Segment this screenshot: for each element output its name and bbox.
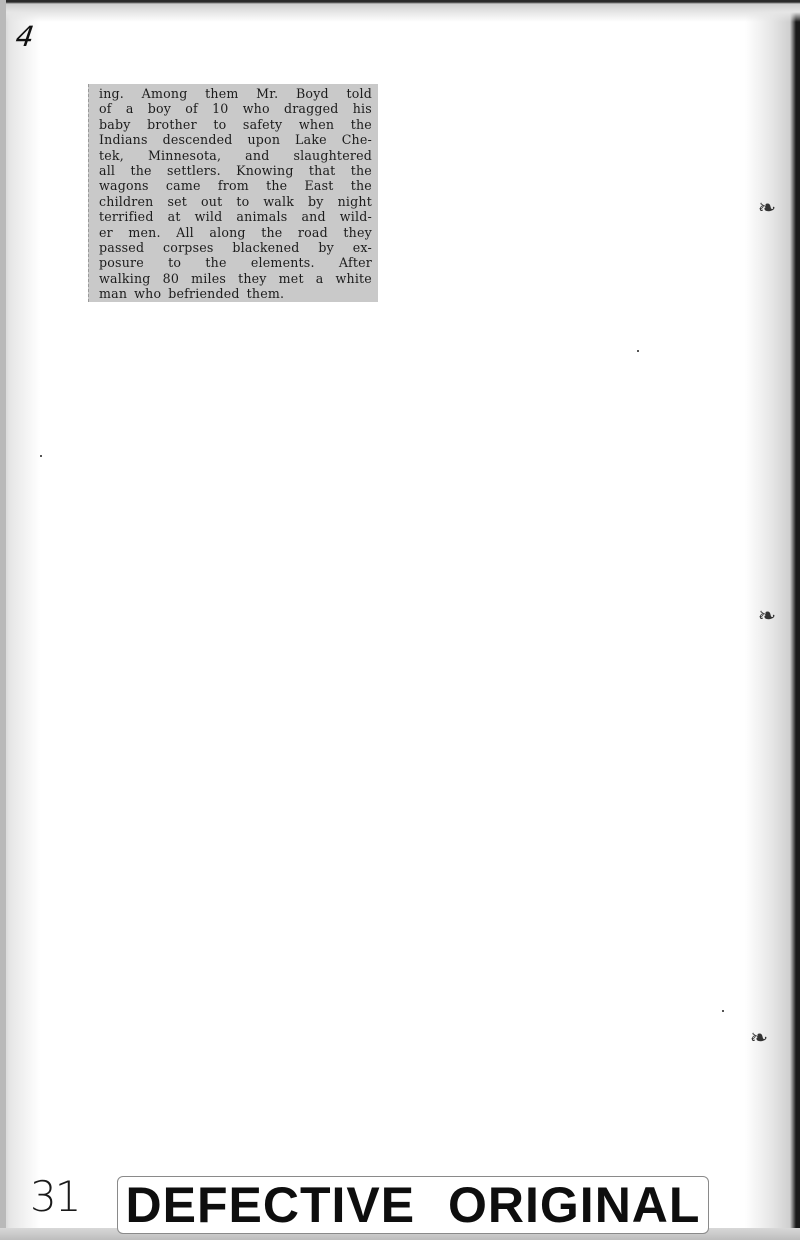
clipping-word: slaughtered — [293, 148, 372, 163]
clipping-word: tek, — [99, 148, 124, 163]
clipping-word: baby — [99, 117, 131, 132]
clipping-text-line: walking80milestheymetawhite — [99, 271, 372, 286]
clipping-word: along — [209, 225, 245, 240]
handwritten-page-number: 4 — [14, 20, 36, 53]
clipping-word: his — [353, 101, 372, 116]
scan-left-edge — [0, 0, 6, 1240]
clipping-word: elements. — [251, 255, 315, 270]
clipping-word: Minnesota, — [148, 148, 221, 163]
clipping-word: men. — [128, 225, 160, 240]
clipping-word: walk — [263, 194, 294, 209]
clipping-word: the — [351, 178, 372, 193]
clipping-word: the — [266, 178, 287, 193]
clipping-word: ing. — [99, 86, 124, 101]
clipping-word: and — [245, 148, 269, 163]
clipping-word: to — [168, 255, 181, 270]
binding-clip-mark-icon: ❧ — [748, 1022, 770, 1056]
clipping-word: man — [99, 286, 127, 301]
clipping-word: passed — [99, 240, 144, 255]
clipping-word: befriended — [168, 286, 239, 301]
clipping-word: safety — [243, 117, 282, 132]
clipping-word: East — [304, 178, 333, 193]
clipping-word: came — [166, 178, 201, 193]
clipping-word: Indians — [99, 132, 148, 147]
clipping-text-line: tek,Minnesota,andslaughtered — [99, 148, 372, 163]
clipping-text-line: ing.AmongthemMr.Boydtold — [99, 86, 372, 101]
clipping-word: of — [99, 101, 112, 116]
clipping-word: Boyd — [296, 86, 329, 101]
clipping-word: night — [338, 194, 372, 209]
clipping-word: out — [201, 194, 222, 209]
clipping-word: of — [185, 101, 198, 116]
clipping-word: dragged — [284, 101, 339, 116]
clipping-text-line: manwhobefriendedthem. — [99, 286, 372, 301]
clipping-word: set — [167, 194, 187, 209]
scan-speck — [40, 455, 42, 457]
binding-clip-mark-icon: ❧ — [756, 192, 778, 226]
scan-speck — [637, 350, 639, 352]
clipping-word: walking — [99, 271, 151, 286]
clipping-word: terrified — [99, 209, 154, 224]
clipping-word: from — [218, 178, 249, 193]
clipping-word: wild- — [340, 209, 372, 224]
clipping-word: them — [205, 86, 238, 101]
clipping-word: and — [301, 209, 325, 224]
clipping-word: when — [299, 117, 334, 132]
handwritten-sheet-number: 31 — [30, 1172, 79, 1221]
clipping-word: Knowing — [236, 163, 293, 178]
clipping-word: wild — [195, 209, 223, 224]
clipping-word: the — [205, 255, 226, 270]
clipping-word: 10 — [212, 101, 228, 116]
clipping-word: settlers. — [167, 163, 221, 178]
clipping-word: brother — [147, 117, 197, 132]
clipping-word: miles — [191, 271, 226, 286]
clipping-word: descended — [163, 132, 233, 147]
clipping-word: at — [168, 209, 181, 224]
clipping-word: Mr. — [256, 86, 278, 101]
clipping-word: to — [213, 117, 226, 132]
clipping-word: wagons — [99, 178, 149, 193]
clipping-text-line: wagonscamefromtheEastthe — [99, 178, 372, 193]
clipping-text-line: allthesettlers.Knowingthatthe — [99, 163, 372, 178]
scan-speck — [722, 1010, 724, 1012]
clipping-word: them. — [247, 286, 285, 301]
clipping-word: upon — [247, 132, 280, 147]
clipping-word: boy — [148, 101, 171, 116]
scanned-page: 4 ing.AmongthemMr.Boydtoldofaboyof10whod… — [0, 0, 800, 1240]
clipping-word: 80 — [163, 271, 179, 286]
clipping-word: posure — [99, 255, 144, 270]
clipping-text-line: terrifiedatwildanimalsandwild- — [99, 209, 372, 224]
clipping-word: corpses — [163, 240, 214, 255]
clipping-word: to — [236, 194, 249, 209]
clipping-word: that — [309, 163, 336, 178]
clipping-word: who — [134, 286, 161, 301]
clipping-word: the — [351, 163, 372, 178]
clipping-text-line: ermen.Allalongtheroadthey — [99, 225, 372, 240]
clipping-word: road — [298, 225, 328, 240]
clipping-word: All — [176, 225, 194, 240]
clipping-word: ex- — [353, 240, 372, 255]
clipping-word: by — [318, 240, 334, 255]
clipping-word: the — [130, 163, 151, 178]
clipping-word: the — [261, 225, 282, 240]
defective-original-stamp: DEFECTIVE ORIGINAL — [117, 1176, 709, 1234]
clipping-word: er — [99, 225, 113, 240]
clipping-word: a — [126, 101, 134, 116]
clipping-word: by — [308, 194, 324, 209]
clipping-text-line: babybrothertosafetywhenthe — [99, 117, 372, 132]
clipping-word: After — [339, 255, 372, 270]
clipping-word: all — [99, 163, 115, 178]
clipping-text-line: childrensetouttowalkbynight — [99, 194, 372, 209]
clipping-word: met — [279, 271, 304, 286]
binding-clip-mark-icon: ❧ — [756, 600, 778, 634]
clipping-word: children — [99, 194, 153, 209]
clipping-word: Che- — [342, 132, 372, 147]
clipping-text-line: posuretotheelements.After — [99, 255, 372, 270]
scan-top-edge — [0, 0, 800, 22]
clipping-word: the — [351, 117, 372, 132]
clipping-word: white — [336, 271, 372, 286]
clipping-text-line: passedcorpsesblackenedbyex- — [99, 240, 372, 255]
clipping-text-line: ofaboyof10whodraggedhis — [99, 101, 372, 116]
clipping-word: they — [343, 225, 372, 240]
clipping-word: Lake — [295, 132, 327, 147]
clipping-text-line: IndiansdescendeduponLakeChe- — [99, 132, 372, 147]
newspaper-clipping: ing.AmongthemMr.Boydtoldofaboyof10whodra… — [88, 84, 378, 302]
clipping-word: they — [238, 271, 267, 286]
clipping-word: animals — [236, 209, 287, 224]
clipping-word: blackened — [232, 240, 299, 255]
clipping-word: Among — [142, 86, 188, 101]
clipping-word: who — [243, 101, 270, 116]
clipping-word: told — [346, 86, 372, 101]
clipping-word: a — [316, 271, 324, 286]
